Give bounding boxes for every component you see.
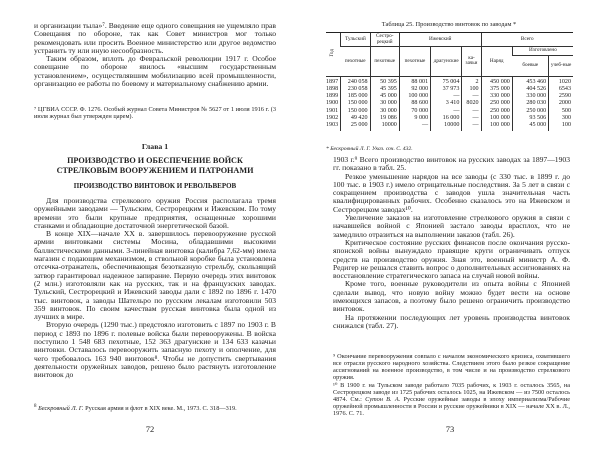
paragraph: и организации тыла»⁷. Введение еще одног… [34,22,276,55]
paragraph: 1903 г.⁹ Всего производство винтовок на … [333,156,570,173]
footnote-author: Сутон В. А. [365,396,400,403]
paragraph: Кроме того, военные руководители из опыт… [333,280,570,313]
chapter-title: ПРОИЗВОДСТВО И ОБЕСПЕЧЕНИЕ ВОЙСК СТРЕЛКО… [34,156,276,175]
footnote-text: ⁷ ЦГВИА СССР. Ф. 1276. Особый журнал Сов… [34,106,276,120]
intro-text: и организации тыла»⁷. Введение еще одног… [34,22,276,88]
footnote-10: ¹⁰ В 1900 г. на Тульском заводе работало… [333,382,570,417]
chapter-title-line: СТРЕЛКОВЫМ ВООРУЖЕНИЕМ И ПАТРОНАМИ [34,166,276,176]
right-page: 1903 г.⁹ Всего производство винтовок на … [300,0,600,460]
footnote-text: ⁹ Окончание перевооружения совпало с нач… [333,353,570,381]
footnote-author: Бескровный Л. Г. [38,405,83,412]
paragraph: Таким образом, вплоть до Февральской рев… [34,55,276,88]
paragraph: Увеличение заказов на изготовление стрел… [333,214,570,239]
paragraph: В конце XIX—начале XX в. завершилось пер… [34,230,276,321]
page-number: 72 [0,424,300,434]
chapter-title-line: ПРОИЗВОДСТВО И ОБЕСПЕЧЕНИЕ ВОЙСК [34,156,276,166]
paragraph: Для производства стрелкового оружия Росс… [34,197,276,230]
page-number: 73 [300,424,600,434]
footnote-7: ⁷ ЦГВИА СССР. Ф. 1276. Особый журнал Сов… [34,106,276,120]
footnote-text: Русская армия и флот в XIX веке. М., 197… [85,405,237,412]
paragraph: Критическое состояние русских финансов п… [333,239,570,280]
section-title: ПРОИЗВОДСТВО ВИНТОВОК И РЕВОЛЬВЕРОВ [34,182,276,190]
left-page: и организации тыла»⁷. Введение еще одног… [0,0,300,460]
footnote-8: 8 Бескровный Л. Г. Русская армия и флот … [34,405,276,412]
body-text: 1903 г.⁹ Всего производство винтовок на … [333,156,570,330]
paragraph: На протяжении последующих лет уровень пр… [333,314,570,331]
chapter-label: Глава 1 [34,142,276,151]
paragraph: Вторую очередь (1290 тыс.) предстояло из… [34,321,276,379]
paragraph: Резкое уменьшение нарядов на все заводы … [333,173,570,214]
body-text: Для производства стрелкового оружия Росс… [34,197,276,380]
footnote-9: ⁹ Окончание перевооружения совпало с нач… [333,353,570,381]
